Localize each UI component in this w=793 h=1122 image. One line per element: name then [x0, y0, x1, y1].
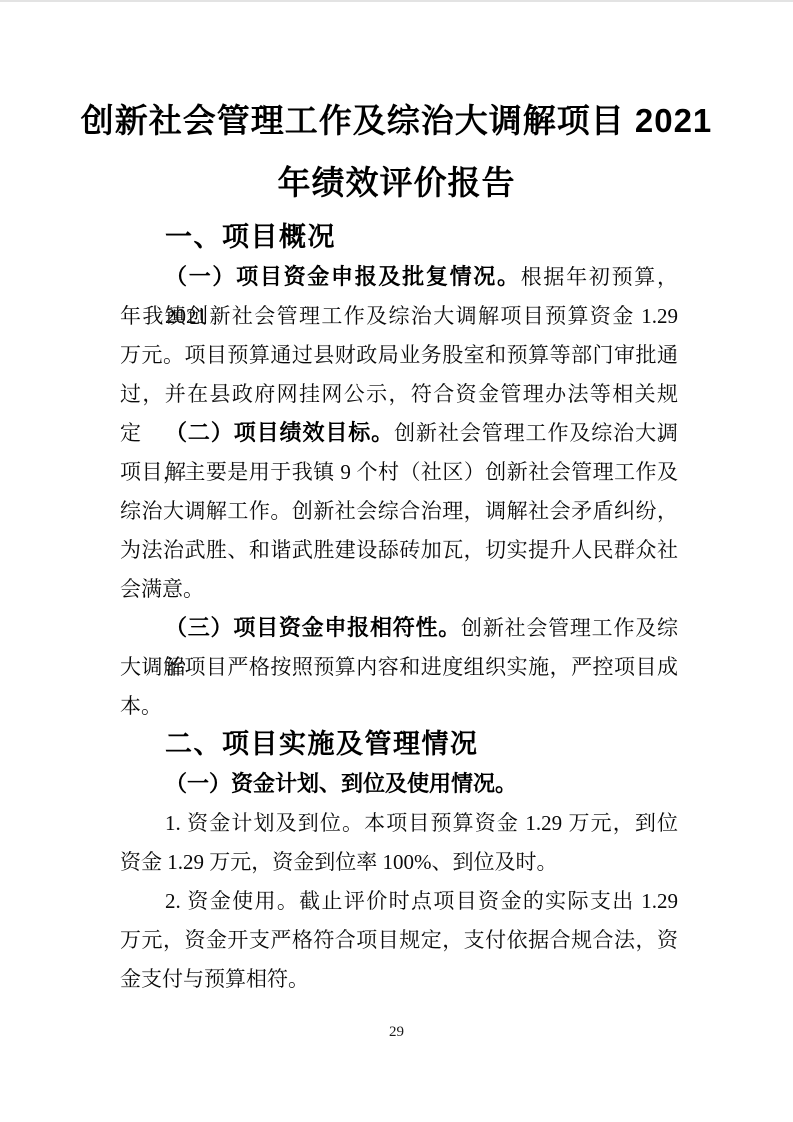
subsection-1-1-label: （一）项目资金申报及批复情况。 [165, 264, 521, 289]
text-line: 1. 资金计划及到位。本项目预算资金 1.29 万元，到位 [120, 803, 678, 842]
section-heading-1-label: 一、项目概况 [165, 222, 336, 252]
text-line: 万元，资金开支严格符合项目规定，支付依据合规合法，资 [120, 920, 678, 959]
document-page: 创新社会管理工作及综治大调解项目 2021 年绩效评价报告 一、项目概况 （一）… [0, 0, 793, 1122]
text-line: 项目，主要是用于我镇 9 个村（社区）创新社会管理工作及 [120, 452, 678, 491]
text-line: 为法治武胜、和谐武胜建设舔砖加瓦，切实提升人民群众社 [120, 530, 678, 569]
text-line: 金支付与预算相符。 [120, 959, 678, 998]
subsection-1-3-label: （三）项目资金申报相符性。 [165, 615, 461, 640]
title-line-1: 创新社会管理工作及综治大调解项目 2021 [40, 90, 753, 152]
document-title: 创新社会管理工作及综治大调解项目 2021 年绩效评价报告 [40, 90, 753, 214]
text-line: 2. 资金使用。截止评价时点项目资金的实际支出 1.29 [120, 881, 678, 920]
subsection-1-2-line: （二）项目绩效目标。创新社会管理工作及综治大调解 [120, 413, 678, 452]
text-line: 过，并在县政府网挂网公示，符合资金管理办法等相关规定。 [120, 374, 678, 413]
text-line: 本。 [120, 686, 678, 725]
document-body: 一、项目概况 （一）项目资金申报及批复情况。根据年初预算，2021 年我镇创新社… [120, 218, 678, 998]
section-heading-2: 二、项目实施及管理情况 [120, 725, 678, 764]
subsection-1-3-line: （三）项目资金申报相符性。创新社会管理工作及综治 [120, 608, 678, 647]
section-heading-1: 一、项目概况 [120, 218, 678, 257]
subsection-1-2-label: （二）项目绩效目标。 [165, 420, 394, 445]
text-line: 综治大调解工作。创新社会综合治理，调解社会矛盾纠纷， [120, 491, 678, 530]
text-line: 年我镇创新社会管理工作及综治大调解项目预算资金 1.29 [120, 296, 678, 335]
text-line: 资金 1.29 万元，资金到位率 100%、到位及时。 [120, 842, 678, 881]
subsection-2-1-label: （一）资金计划、到位及使用情况。 [165, 771, 517, 796]
page-number: 29 [0, 1022, 793, 1042]
subsection-2-1-line: （一）资金计划、到位及使用情况。 [120, 764, 678, 803]
text-line: 大调解项目严格按照预算内容和进度组织实施，严控项目成 [120, 647, 678, 686]
section-heading-2-label: 二、项目实施及管理情况 [165, 729, 479, 759]
text-line: 会满意。 [120, 569, 678, 608]
text-line: 万元。项目预算通过县财政局业务股室和预算等部门审批通 [120, 335, 678, 374]
subsection-1-1-line: （一）项目资金申报及批复情况。根据年初预算，2021 [120, 257, 678, 296]
title-line-2: 年绩效评价报告 [40, 152, 753, 214]
